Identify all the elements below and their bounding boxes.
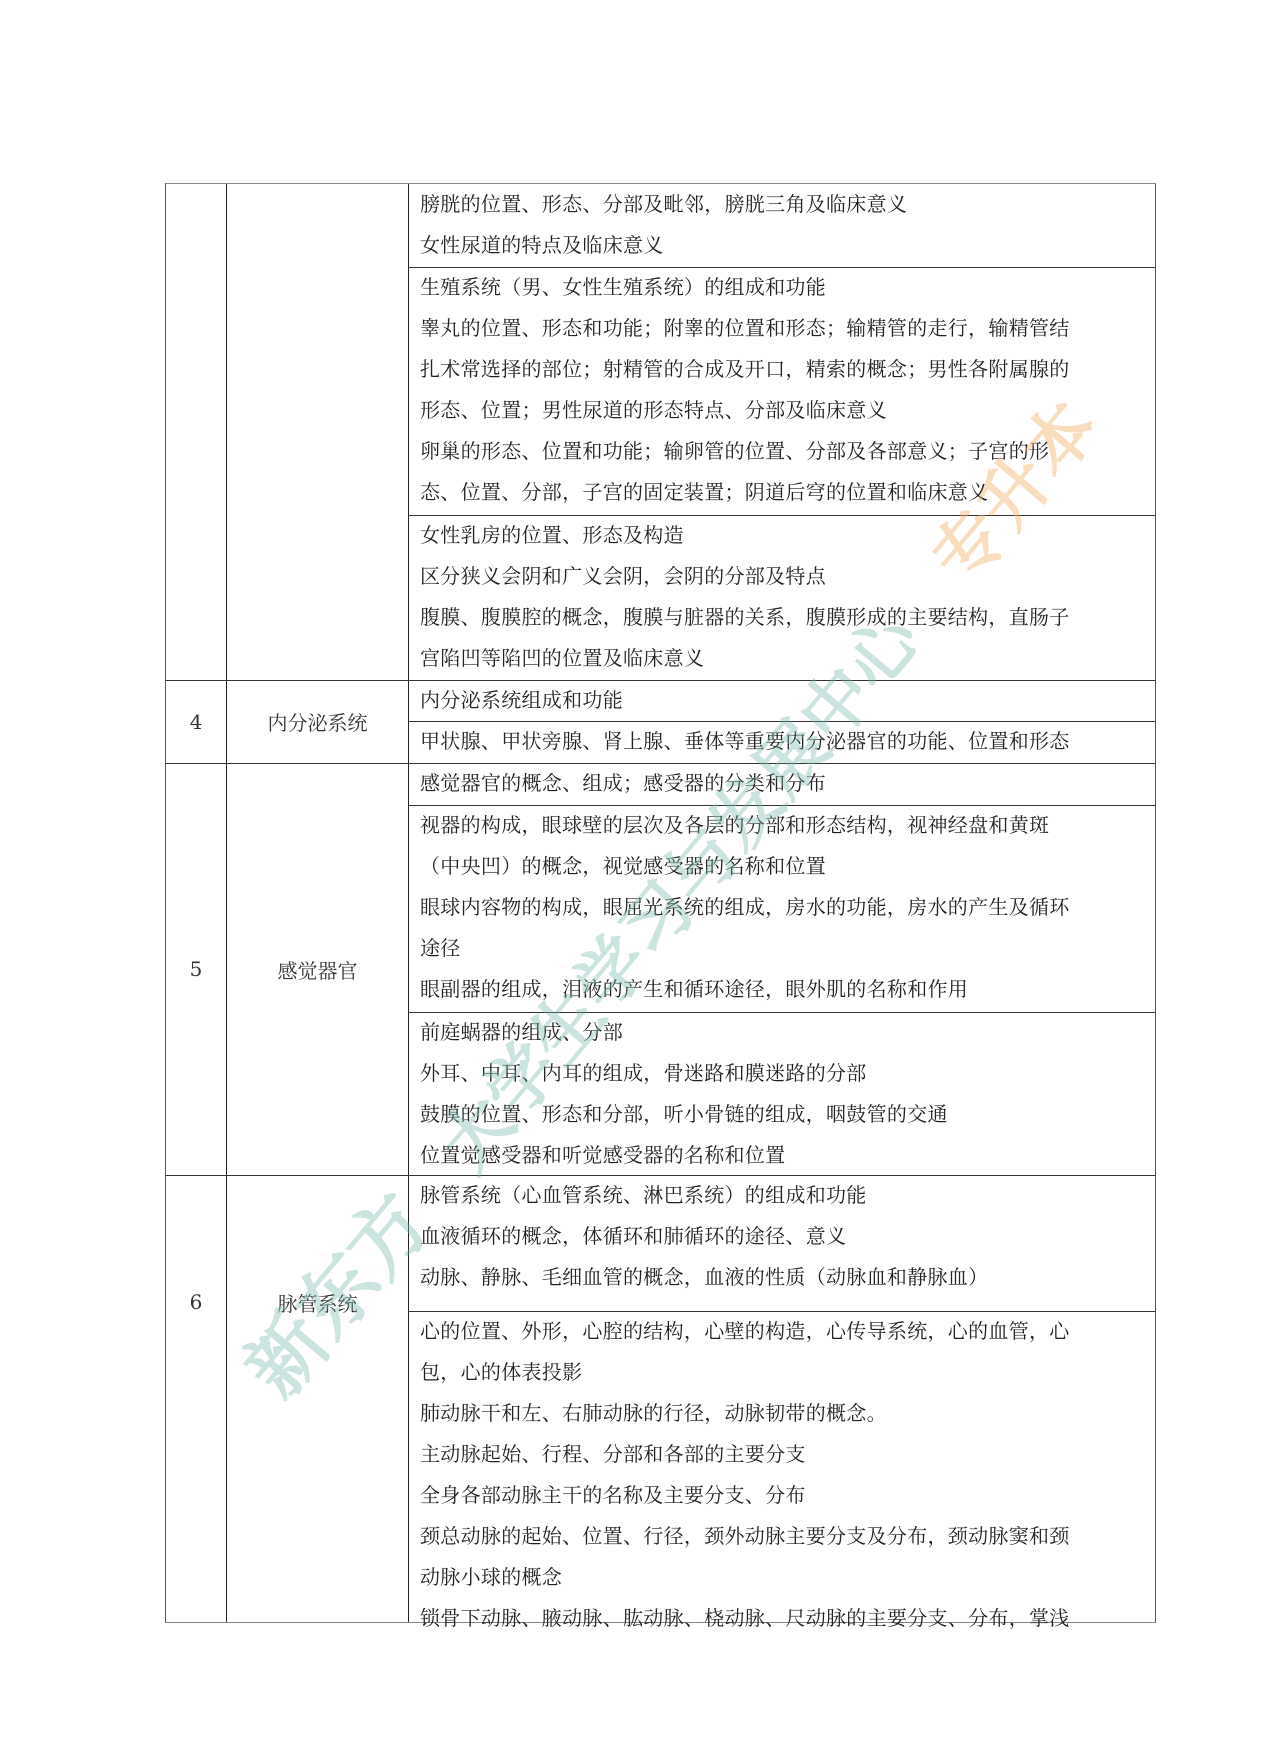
content-cell: 生殖系统（男、女性生殖系统）的组成和功能 睾丸的位置、形态和功能；附睾的位置和形… (409, 267, 1155, 515)
syllabus-table: 膀胱的位置、形态、分部及毗邻，膀胱三角及临床意义 女性尿道的特点及临床意义 生殖… (165, 183, 1156, 1623)
content-cell: 女性乳房的位置、形态及构造 区分狭义会阴和广义会阴，会阴的分部及特点 腹膜、腹膜… (409, 515, 1155, 680)
content-line: 颈总动脉的起始、位置、行径，颈外动脉主要分支及分布，颈动脉窦和颈 (420, 1516, 1145, 1557)
content-cell: 膀胱的位置、形态、分部及毗邻，膀胱三角及临床意义 女性尿道的特点及临床意义 (409, 184, 1155, 267)
content-line: （中央凹）的概念，视觉感受器的名称和位置 (420, 846, 1145, 887)
content-line: 全身各部动脉主干的名称及主要分支、分布 (420, 1475, 1145, 1516)
content-line: 宫陷凹等陷凹的位置及临床意义 (420, 638, 1145, 679)
content-cell: 感觉器官的概念、组成；感受器的分类和分布 (409, 763, 1155, 805)
content-line: 锁骨下动脉、腋动脉、肱动脉、桡动脉、尺动脉的主要分支、分布，掌浅 (420, 1598, 1145, 1639)
row-category: 脉管系统 (227, 1222, 408, 1382)
content-line: 睾丸的位置、形态和功能；附睾的位置和形态；输精管的走行，输精管结 (420, 308, 1145, 349)
content-line: 女性尿道的特点及临床意义 (420, 225, 1145, 266)
content-line: 眼球内容物的构成，眼屈光系统的组成，房水的功能，房水的产生及循环 (420, 887, 1145, 928)
content-line: 卵巢的形态、位置和功能；输卵管的位置、分部及各部意义；子宫的形 (420, 431, 1145, 472)
content-line: 女性乳房的位置、形态及构造 (420, 515, 1145, 556)
row-number: 4 (166, 680, 226, 763)
content-line: 位置觉感受器和听觉感受器的名称和位置 (420, 1135, 1145, 1176)
content-line: 血液循环的概念，体循环和肺循环的途径、意义 (420, 1216, 1145, 1257)
content-line: 甲状腺、甲状旁腺、肾上腺、垂体等重要内分泌器官的功能、位置和形态 (420, 721, 1145, 762)
row-category: 感觉器官 (227, 763, 408, 1175)
content-cell: 脉管系统（心血管系统、淋巴系统）的组成和功能 血液循环的概念，体循环和肺循环的途… (409, 1175, 1155, 1311)
content-line: 脉管系统（心血管系统、淋巴系统）的组成和功能 (420, 1175, 1145, 1216)
row-category: 内分泌系统 (227, 680, 408, 763)
row-number: 5 (166, 763, 226, 1175)
content-cell: 内分泌系统组成和功能 (409, 680, 1155, 721)
content-line: 视器的构成，眼球壁的层次及各层的分部和形态结构，视神经盘和黄斑 (420, 805, 1145, 846)
content-line: 感觉器官的概念、组成；感受器的分类和分布 (420, 763, 1145, 804)
content-line: 内分泌系统组成和功能 (420, 680, 1145, 721)
content-line: 态、位置、分部，子宫的固定装置；阴道后穹的位置和临床意义 (420, 472, 1145, 513)
content-line: 眼副器的组成，泪液的产生和循环途径，眼外肌的名称和作用 (420, 969, 1145, 1010)
content-cell: 视器的构成，眼球壁的层次及各层的分部和形态结构，视神经盘和黄斑 （中央凹）的概念… (409, 805, 1155, 1012)
content-line: 前庭蜗器的组成、分部 (420, 1012, 1145, 1053)
content-line: 心的位置、外形，心腔的结构，心壁的构造，心传导系统，心的血管，心 (420, 1311, 1145, 1352)
content-line: 主动脉起始、行程、分部和各部的主要分支 (420, 1434, 1145, 1475)
content-line: 包，心的体表投影 (420, 1352, 1145, 1393)
content-line: 肺动脉干和左、右肺动脉的行径，动脉韧带的概念。 (420, 1393, 1145, 1434)
content-line: 扎术常选择的部位；射精管的合成及开口，精索的概念；男性各附属腺的 (420, 349, 1145, 390)
content-line: 动脉小球的概念 (420, 1557, 1145, 1598)
content-line: 途径 (420, 928, 1145, 969)
row-number: 6 (166, 1222, 226, 1382)
content-line: 生殖系统（男、女性生殖系统）的组成和功能 (420, 267, 1145, 308)
content-line: 腹膜、腹膜腔的概念，腹膜与脏器的关系，腹膜形成的主要结构，直肠子 (420, 597, 1145, 638)
content-cell: 甲状腺、甲状旁腺、肾上腺、垂体等重要内分泌器官的功能、位置和形态 (409, 721, 1155, 763)
content-cell: 前庭蜗器的组成、分部 外耳、中耳、内耳的组成，骨迷路和膜迷路的分部 鼓膜的位置、… (409, 1012, 1155, 1175)
content-cell: 心的位置、外形，心腔的结构，心壁的构造，心传导系统，心的血管，心 包，心的体表投… (409, 1311, 1155, 1624)
content-line: 区分狭义会阴和广义会阴，会阴的分部及特点 (420, 556, 1145, 597)
content-line: 鼓膜的位置、形态和分部，听小骨链的组成，咽鼓管的交通 (420, 1094, 1145, 1135)
content-line: 外耳、中耳、内耳的组成，骨迷路和膜迷路的分部 (420, 1053, 1145, 1094)
content-line: 膀胱的位置、形态、分部及毗邻，膀胱三角及临床意义 (420, 184, 1145, 225)
content-line: 形态、位置；男性尿道的形态特点、分部及临床意义 (420, 390, 1145, 431)
content-line: 动脉、静脉、毛细血管的概念，血液的性质（动脉血和静脉血） (420, 1257, 1145, 1298)
